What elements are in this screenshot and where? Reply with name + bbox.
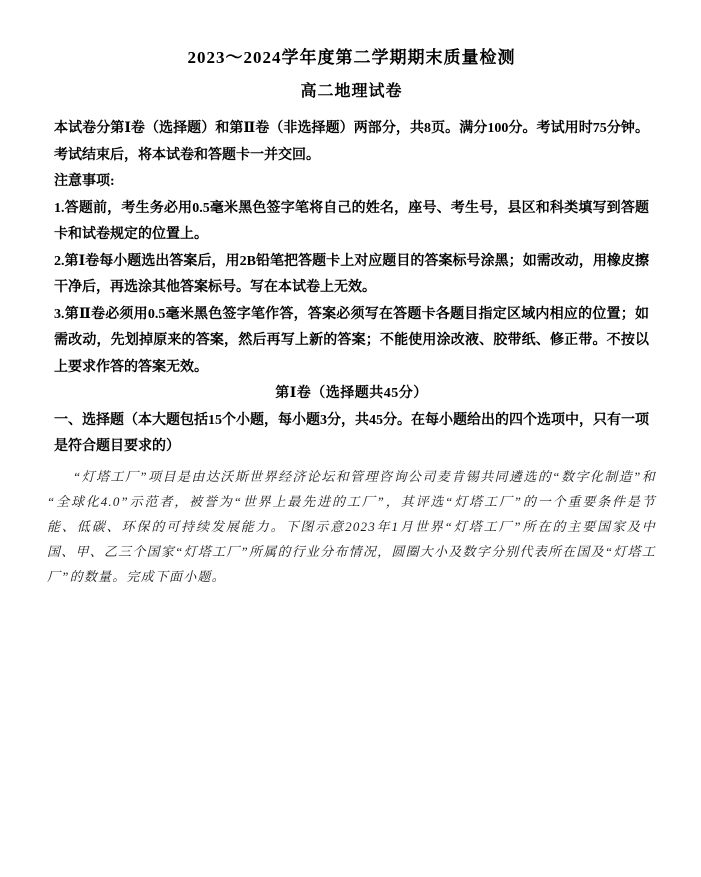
exam-paper-page: 2023～2024学年度第二学期期末质量检测 高二地理试卷 本试卷分第Ⅰ卷（选择… (0, 0, 701, 877)
section-one-heading: 第Ⅰ卷（选择题共45分） (54, 381, 649, 408)
page-title: 2023～2024学年度第二学期期末质量检测 (54, 46, 649, 70)
question-passage: “灯塔工厂”项目是由达沃斯世界经济论坛和管理咨询公司麦肯锡共同遴选的“数字化制造… (47, 464, 656, 589)
notice-item-2: 2.第Ⅰ卷每小题选出答案后，用2B铅笔把答题卡上对应题目的答案标号涂黑；如需改动… (54, 249, 649, 302)
notice-item-1: 1.答题前，考生务必用0.5毫米黑色签字笔将自己的姓名，座号、考生号，县区和科类… (54, 196, 649, 249)
notice-heading: 注意事项: (54, 169, 649, 196)
notice-item-3: 3.第Ⅱ卷必须用0.5毫米黑色签字笔作答，答案必须写在答题卡各题目指定区域内相应… (54, 302, 649, 382)
exam-intro-paragraph: 本试卷分第Ⅰ卷（选择题）和第Ⅱ卷（非选择题）两部分，共8页。满分100分。考试用… (54, 116, 649, 169)
question-type-heading: 一、选择题（本大题包括15个小题，每小题3分，共45分。在每小题给出的四个选项中… (54, 408, 649, 461)
page-subtitle: 高二地理试卷 (54, 80, 649, 104)
